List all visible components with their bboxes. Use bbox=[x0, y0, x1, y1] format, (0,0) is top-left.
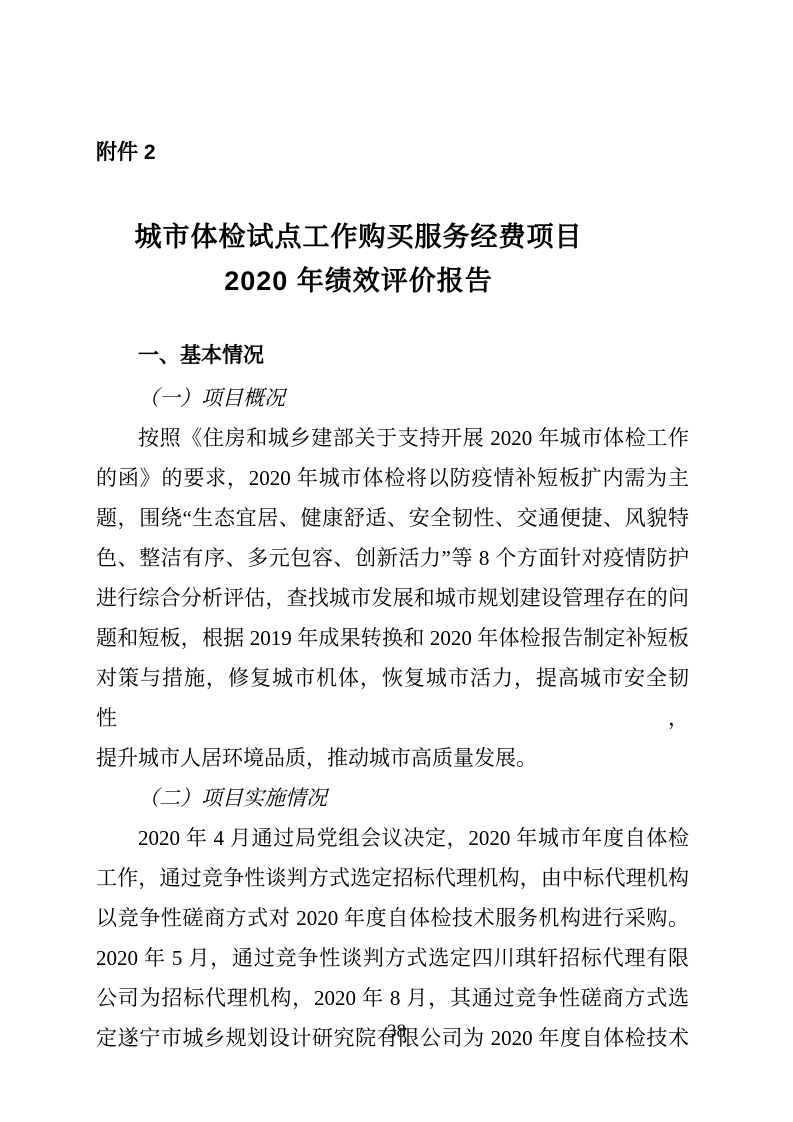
text-line: 对策与措施，修复城市机体，恢复城市活力，提高城市安全韧性， bbox=[96, 658, 689, 738]
text-line: 色、整洁有序、多元包容、创新活力”等 8 个方面针对疫情防护 bbox=[96, 538, 689, 578]
text-line: 题和短板，根据 2019 年成果转换和 2020 年体检报告制定补短板 bbox=[96, 618, 689, 658]
text-line: 工作，通过竞争性谈判方式选定招标代理机构，由中标代理机构 bbox=[96, 858, 689, 898]
title-line-2: 2020 年绩效评价报告 bbox=[96, 259, 621, 303]
paragraph-project-overview: 按照《住房和城乡建部关于支持开展 2020 年城市体检工作 的函》的要求，202… bbox=[96, 418, 689, 778]
text-line: 公司为招标代理机构，2020 年 8 月，其通过竞争性磋商方式选 bbox=[96, 978, 689, 1018]
subsection-heading-project-overview: （一）项目概况 bbox=[96, 378, 689, 418]
text-line: 以竞争性磋商方式对 2020 年度自体检技术服务机构进行采购。 bbox=[96, 898, 689, 938]
text-line: 题，围绕“生态宜居、健康舒适、安全韧性、交通便捷、风貌特 bbox=[96, 498, 689, 538]
section-heading-basic-info: 一、基本情况 bbox=[96, 342, 689, 370]
text-line: 按照《住房和城乡建部关于支持开展 2020 年城市体检工作 bbox=[96, 418, 689, 458]
attachment-label: 附件 2 bbox=[96, 141, 689, 165]
text-line: 的函》的要求，2020 年城市体检将以防疫情补短板扩内需为主 bbox=[96, 458, 689, 498]
text-line: 提升城市人居环境品质，推动城市高质量发展。 bbox=[96, 738, 689, 778]
text-line: 2020 年 5 月，通过竞争性谈判方式选定四川琪轩招标代理有限 bbox=[96, 938, 689, 978]
text-line: 2020 年 4 月通过局党组会议决定，2020 年城市年度自体检 bbox=[96, 818, 689, 858]
subsection-heading-project-implementation: （二）项目实施情况 bbox=[96, 778, 689, 818]
text-line: 进行综合分析评估，查找城市发展和城市规划建设管理存在的问 bbox=[96, 578, 689, 618]
document-page: 附件 2 城市体检试点工作购买服务经费项目 2020 年绩效评价报告 一、基本情… bbox=[0, 0, 793, 1122]
document-title: 城市体检试点工作购买服务经费项目 2020 年绩效评价报告 bbox=[96, 215, 621, 303]
page-number: 38 bbox=[0, 1022, 793, 1042]
title-line-1: 城市体检试点工作购买服务经费项目 bbox=[96, 215, 621, 259]
